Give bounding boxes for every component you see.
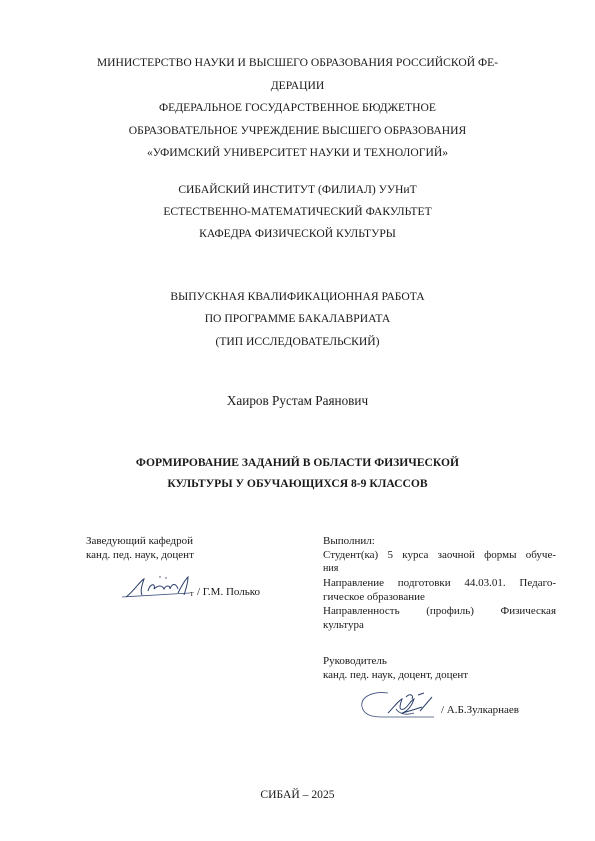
signature-suffix: т (190, 587, 194, 601)
department-name: КАФЕДРА ФИЗИЧЕСКОЙ КУЛЬТУРЫ (0, 227, 595, 241)
supervisor-degree: канд. пед. наук, доцент, доцент (323, 668, 556, 682)
head-of-department-block: Заведующий кафедрой канд. пед. наук, доц… (86, 534, 286, 562)
performer-label: Выполнил: (323, 534, 556, 548)
thesis-title-line-2: КУЛЬТУРЫ У ОБУЧАЮЩИХСЯ 8-9 КЛАССОВ (0, 477, 595, 491)
direction-line-2: гическое образование (323, 590, 556, 604)
profile-line-1: Направленность (профиль) Физическая (323, 604, 556, 618)
institution-line-1: ФЕДЕРАЛЬНОЕ ГОСУДАРСТВЕННОЕ БЮДЖЕТНОЕ (0, 101, 595, 115)
university-name: «УФИМСКИЙ УНИВЕРСИТЕТ НАУКИ И ТЕХНОЛОГИЙ… (0, 146, 595, 160)
ministry-line-2: ДЕРАЦИИ (0, 79, 595, 93)
work-type-line-3: (ТИП ИССЛЕДОВАТЕЛЬСКИЙ) (0, 335, 595, 349)
head-role: Заведующий кафедрой (86, 534, 286, 548)
direction-line-1: Направление подготовки 44.03.01. Педаго- (323, 576, 556, 590)
faculty-name: ЕСТЕСТВЕННО-МАТЕМАТИЧЕСКИЙ ФАКУЛЬТЕТ (0, 205, 595, 219)
institute-name: СИБАЙСКИЙ ИНСТИТУТ (ФИЛИАЛ) УУНиТ (0, 183, 595, 197)
city-year: СИБАЙ – 2025 (0, 788, 595, 802)
work-type-line-1: ВЫПУСКНАЯ КВАЛИФИКАЦИОННАЯ РАБОТА (0, 290, 595, 304)
supervisor-role: Руководитель (323, 654, 556, 668)
head-name: / Г.М. Полько (197, 585, 260, 599)
student-line-1: Студент(ка) 5 курса заочной формы обуче- (323, 548, 556, 562)
ministry-line-1: МИНИСТЕРСТВО НАУКИ И ВЫСШЕГО ОБРАЗОВАНИЯ… (0, 56, 595, 70)
signature-icon (120, 575, 200, 605)
performer-block: Выполнил: Студент(ка) 5 курса заочной фо… (323, 534, 556, 682)
signature-icon (358, 689, 442, 723)
work-type-line-2: ПО ПРОГРАММЕ БАКАЛАВРИАТА (0, 312, 595, 326)
institution-line-2: ОБРАЗОВАТЕЛЬНОЕ УЧРЕЖДЕНИЕ ВЫСШЕГО ОБРАЗ… (0, 124, 595, 138)
thesis-title-line-1: ФОРМИРОВАНИЕ ЗАДАНИЙ В ОБЛАСТИ ФИЗИЧЕСКО… (0, 456, 595, 470)
head-degree: канд. пед. наук, доцент (86, 548, 286, 562)
author-name: Хаиров Рустам Раянович (0, 394, 595, 408)
supervisor-name: / А.Б.Зулкарнаев (441, 703, 519, 717)
profile-line-2: культура (323, 618, 556, 632)
student-line-2: ния (323, 562, 556, 576)
